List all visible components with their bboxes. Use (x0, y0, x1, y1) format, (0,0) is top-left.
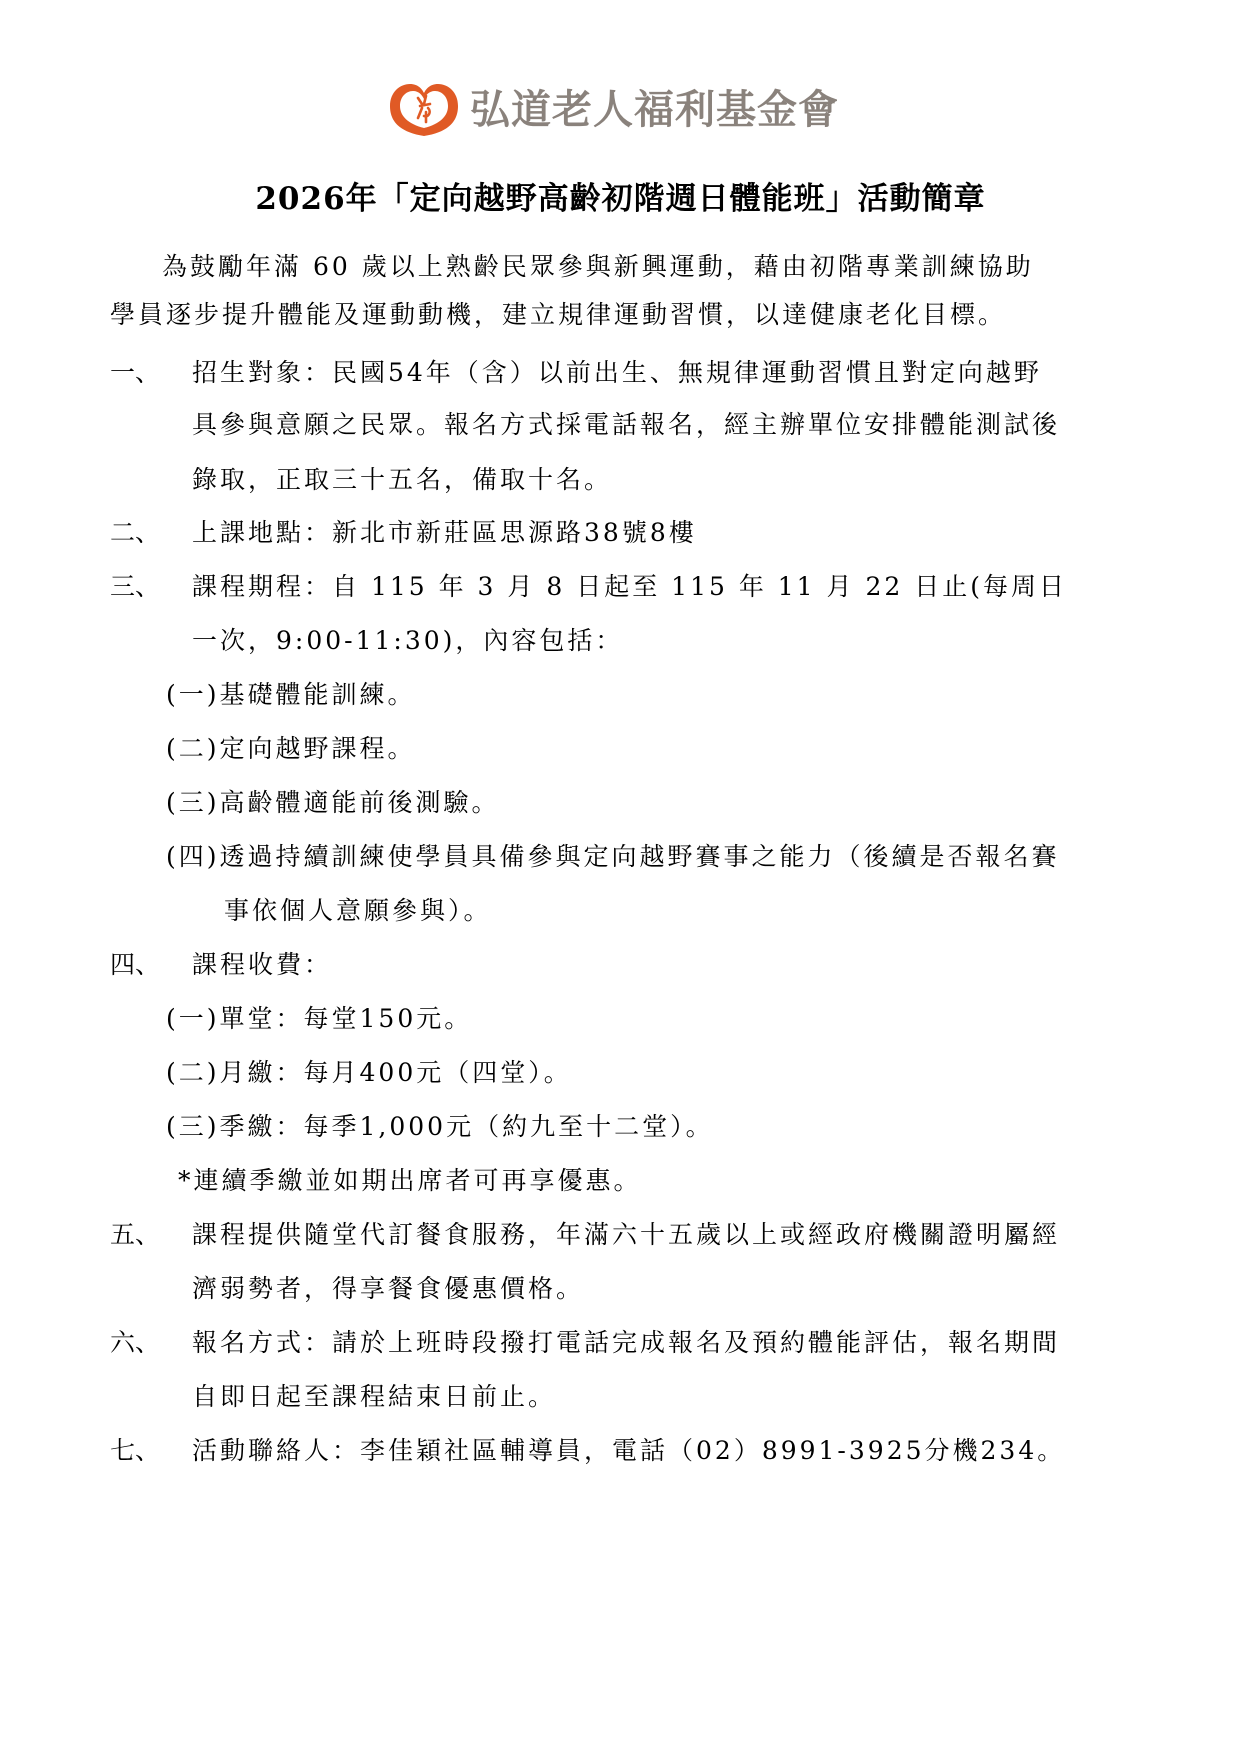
foundation-logo: 弘道老人福利基金會 (388, 82, 839, 138)
section-6-line-1: 報名方式：請於上班時段撥打電話完成報名及預約體能評估，報名期間 (192, 1326, 1060, 1360)
section-4-subitem-2: (二)月繳：每月400元（四堂）。 (166, 1056, 572, 1090)
section-1-line-2: 具參與意願之民眾。報名方式採電話報名，經主辦單位安排體能測試後 (192, 408, 1060, 442)
section-4-number: 四、 (110, 948, 160, 982)
section-4-note: *連續季繳並如期出席者可再享優惠。 (178, 1164, 642, 1198)
section-6-line-2: 自即日起至課程結束日前止。 (192, 1380, 556, 1414)
section-2-number: 二、 (110, 516, 160, 550)
section-5-line-1: 課程提供隨堂代訂餐食服務，年滿六十五歲以上或經政府機關證明屬經 (192, 1218, 1060, 1252)
section-1-number: 一、 (110, 356, 160, 390)
section-5-line-2: 濟弱勢者，得享餐食優惠價格。 (192, 1272, 584, 1306)
heart-logo-icon (388, 82, 460, 138)
section-3-subitem-3: (三)高齡體適能前後測驗。 (166, 786, 500, 820)
section-3-line-2: 一次，9:00-11:30)，內容包括： (192, 624, 623, 658)
foundation-name: 弘道老人福利基金會 (470, 82, 839, 138)
intro-line-1: 為鼓勵年滿 60 歲以上熟齡民眾參與新興運動，藉由初階專業訓練協助 (162, 250, 1034, 284)
section-4-line-1: 課程收費： (192, 948, 332, 982)
section-3-number: 三、 (110, 570, 160, 604)
section-1-line-3: 錄取，正取三十五名，備取十名。 (192, 463, 612, 497)
section-3-subitem-2: (二)定向越野課程。 (166, 732, 416, 766)
section-3-subitem-1: (一)基礎體能訓練。 (166, 678, 416, 712)
section-3-subitem-4: (四)透過持續訓練使學員具備參與定向越野賽事之能力（後續是否報名賽 (166, 840, 1060, 874)
section-7-number: 七、 (110, 1434, 160, 1468)
section-2-line-1: 上課地點：新北市新莊區思源路38號8樓 (192, 516, 697, 550)
document-title: 2026年「定向越野高齡初階週日體能班」活動簡章 (0, 178, 1241, 220)
intro-line-2: 學員逐步提升體能及運動動機，建立規律運動習慣，以達健康老化目標。 (110, 298, 1006, 332)
section-7-line-1: 活動聯絡人：李佳穎社區輔導員，電話（02）8991-3925分機234。 (192, 1434, 1065, 1468)
section-5-number: 五、 (110, 1218, 160, 1252)
section-3-line-1: 課程期程：自 115 年 3 月 8 日起至 115 年 11 月 22 日止(… (192, 570, 1067, 604)
section-3-subitem-4-cont: 事依個人意願參與）。 (224, 894, 492, 928)
section-4-subitem-1: (一)單堂：每堂150元。 (166, 1002, 472, 1036)
section-6-number: 六、 (110, 1326, 160, 1360)
section-1-line-1: 招生對象：民國54年（含）以前出生、無規律運動習慣且對定向越野 (192, 356, 1042, 390)
section-4-subitem-3: (三)季繳：每季1,000元（約九至十二堂）。 (166, 1110, 714, 1144)
